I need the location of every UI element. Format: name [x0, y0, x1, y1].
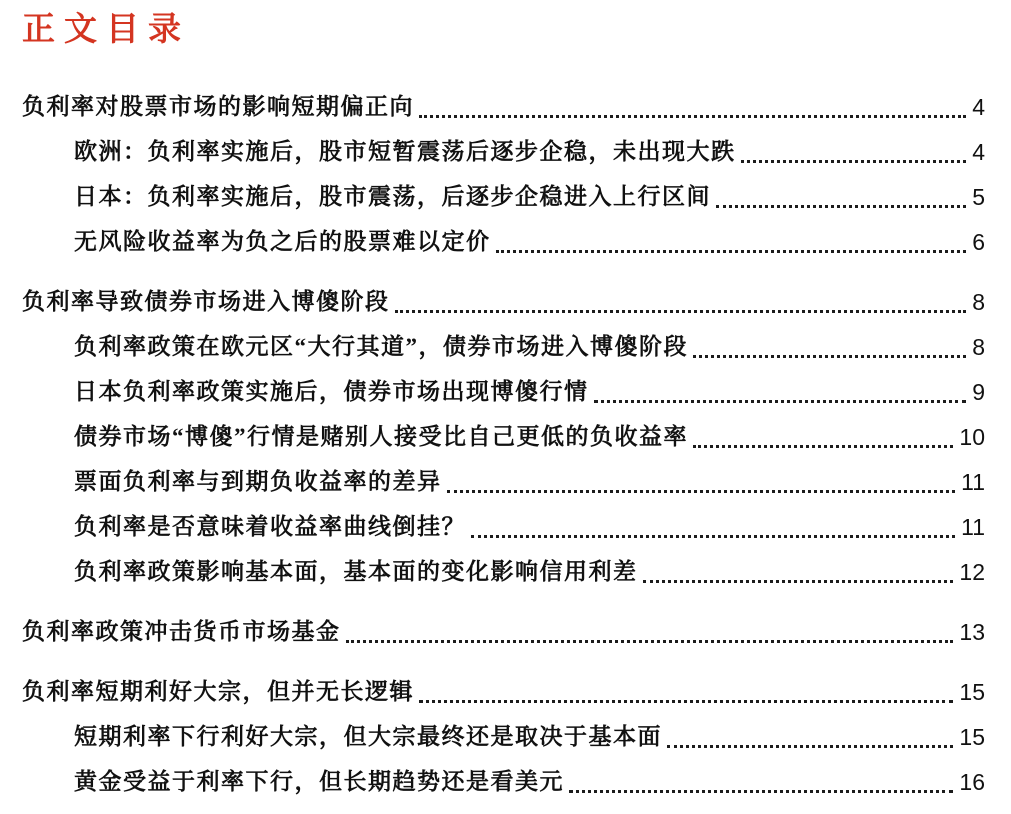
toc-entry-label: 负利率政策影响基本面，基本面的变化影响信用利差 — [74, 553, 638, 586]
toc-page-number: 16 — [956, 769, 985, 796]
toc-entry-label: 票面负利率与到期负收益率的差异 — [74, 463, 442, 496]
toc-entry-label: 债券市场“博傻”行情是赌别人接受比自己更低的负收益率 — [74, 418, 688, 451]
toc-entry[interactable]: 欧洲：负利率实施后，股市短暂震荡后逐步企稳，未出现大跌 4 — [22, 127, 985, 172]
dot-leader — [741, 160, 967, 163]
toc-page-number: 10 — [956, 424, 985, 451]
dot-leader — [419, 115, 966, 118]
toc-page: 正文目录 负利率对股票市场的影响短期偏正向 4 欧洲：负利率实施后，股市短暂震荡… — [0, 0, 1011, 814]
toc-page-number: 13 — [956, 619, 985, 646]
toc-entry-label: 负利率政策在欧元区“大行其道”，债券市场进入博傻阶段 — [74, 328, 688, 361]
dot-leader — [496, 250, 967, 253]
toc-page-number: 15 — [956, 724, 985, 751]
toc-page-number: 4 — [969, 94, 985, 121]
toc-entry[interactable]: 债券市场“博傻”行情是赌别人接受比自己更低的负收益率 10 — [22, 412, 985, 457]
toc-entry-label: 欧洲：负利率实施后，股市短暂震荡后逐步企稳，未出现大跌 — [74, 133, 736, 166]
dot-leader — [643, 580, 954, 583]
toc-page-number: 9 — [969, 379, 985, 406]
toc-entry-label: 负利率政策冲击货币市场基金 — [22, 613, 341, 646]
toc-entry[interactable]: 负利率对股票市场的影响短期偏正向 4 — [22, 82, 985, 127]
dot-leader — [594, 400, 967, 403]
dot-leader — [447, 490, 956, 493]
toc-page-number: 11 — [958, 469, 985, 496]
toc-entry-label: 日本：负利率实施后，股市震荡，后逐步企稳进入上行区间 — [74, 178, 711, 211]
dot-leader — [569, 790, 953, 793]
toc-entry[interactable]: 负利率短期利好大宗，但并无长逻辑 15 — [22, 667, 985, 712]
dot-leader — [419, 700, 953, 703]
toc-entry[interactable]: 负利率是否意味着收益率曲线倒挂？ 11 — [22, 502, 985, 547]
toc-entry[interactable]: 日本负利率政策实施后，债券市场出现博傻行情 9 — [22, 367, 985, 412]
toc-page-number: 8 — [969, 334, 985, 361]
dot-leader — [693, 355, 966, 358]
dot-leader — [693, 445, 953, 448]
toc-entry[interactable]: 无风险收益率为负之后的股票难以定价 6 — [22, 217, 985, 262]
dot-leader — [395, 310, 967, 313]
toc-page-number: 11 — [958, 514, 985, 541]
dot-leader — [346, 640, 954, 643]
toc-entry[interactable]: 票面负利率与到期负收益率的差异 11 — [22, 457, 985, 502]
toc-list: 负利率对股票市场的影响短期偏正向 4 欧洲：负利率实施后，股市短暂震荡后逐步企稳… — [22, 82, 985, 802]
dot-leader — [667, 745, 953, 748]
toc-page-number: 15 — [956, 679, 985, 706]
toc-entry-label: 负利率是否意味着收益率曲线倒挂？ — [74, 508, 466, 541]
toc-page-number: 12 — [956, 559, 985, 586]
toc-entry-label: 短期利率下行利好大宗，但大宗最终还是取决于基本面 — [74, 718, 662, 751]
toc-entry-label: 负利率对股票市场的影响短期偏正向 — [22, 88, 414, 121]
toc-page-number: 6 — [969, 229, 985, 256]
toc-entry[interactable]: 负利率政策影响基本面，基本面的变化影响信用利差 12 — [22, 547, 985, 592]
toc-entry[interactable]: 短期利率下行利好大宗，但大宗最终还是取决于基本面 15 — [22, 712, 985, 757]
dot-leader — [471, 535, 955, 538]
toc-page-number: 4 — [969, 139, 985, 166]
toc-entry[interactable]: 日本：负利率实施后，股市震荡，后逐步企稳进入上行区间 5 — [22, 172, 985, 217]
toc-entry-label: 无风险收益率为负之后的股票难以定价 — [74, 223, 491, 256]
dot-leader — [716, 205, 966, 208]
page-title: 正文目录 — [22, 10, 985, 50]
toc-entry-label: 日本负利率政策实施后，债券市场出现博傻行情 — [74, 373, 589, 406]
toc-entry-label: 负利率短期利好大宗，但并无长逻辑 — [22, 673, 414, 706]
toc-page-number: 8 — [969, 289, 985, 316]
toc-entry[interactable]: 黄金受益于利率下行，但长期趋势还是看美元 16 — [22, 757, 985, 802]
toc-entry-label: 黄金受益于利率下行，但长期趋势还是看美元 — [74, 763, 564, 796]
toc-page-number: 5 — [969, 184, 985, 211]
toc-entry-label: 负利率导致债券市场进入博傻阶段 — [22, 283, 390, 316]
toc-entry[interactable]: 负利率导致债券市场进入博傻阶段 8 — [22, 277, 985, 322]
toc-entry[interactable]: 负利率政策冲击货币市场基金 13 — [22, 607, 985, 652]
toc-entry[interactable]: 负利率政策在欧元区“大行其道”，债券市场进入博傻阶段 8 — [22, 322, 985, 367]
